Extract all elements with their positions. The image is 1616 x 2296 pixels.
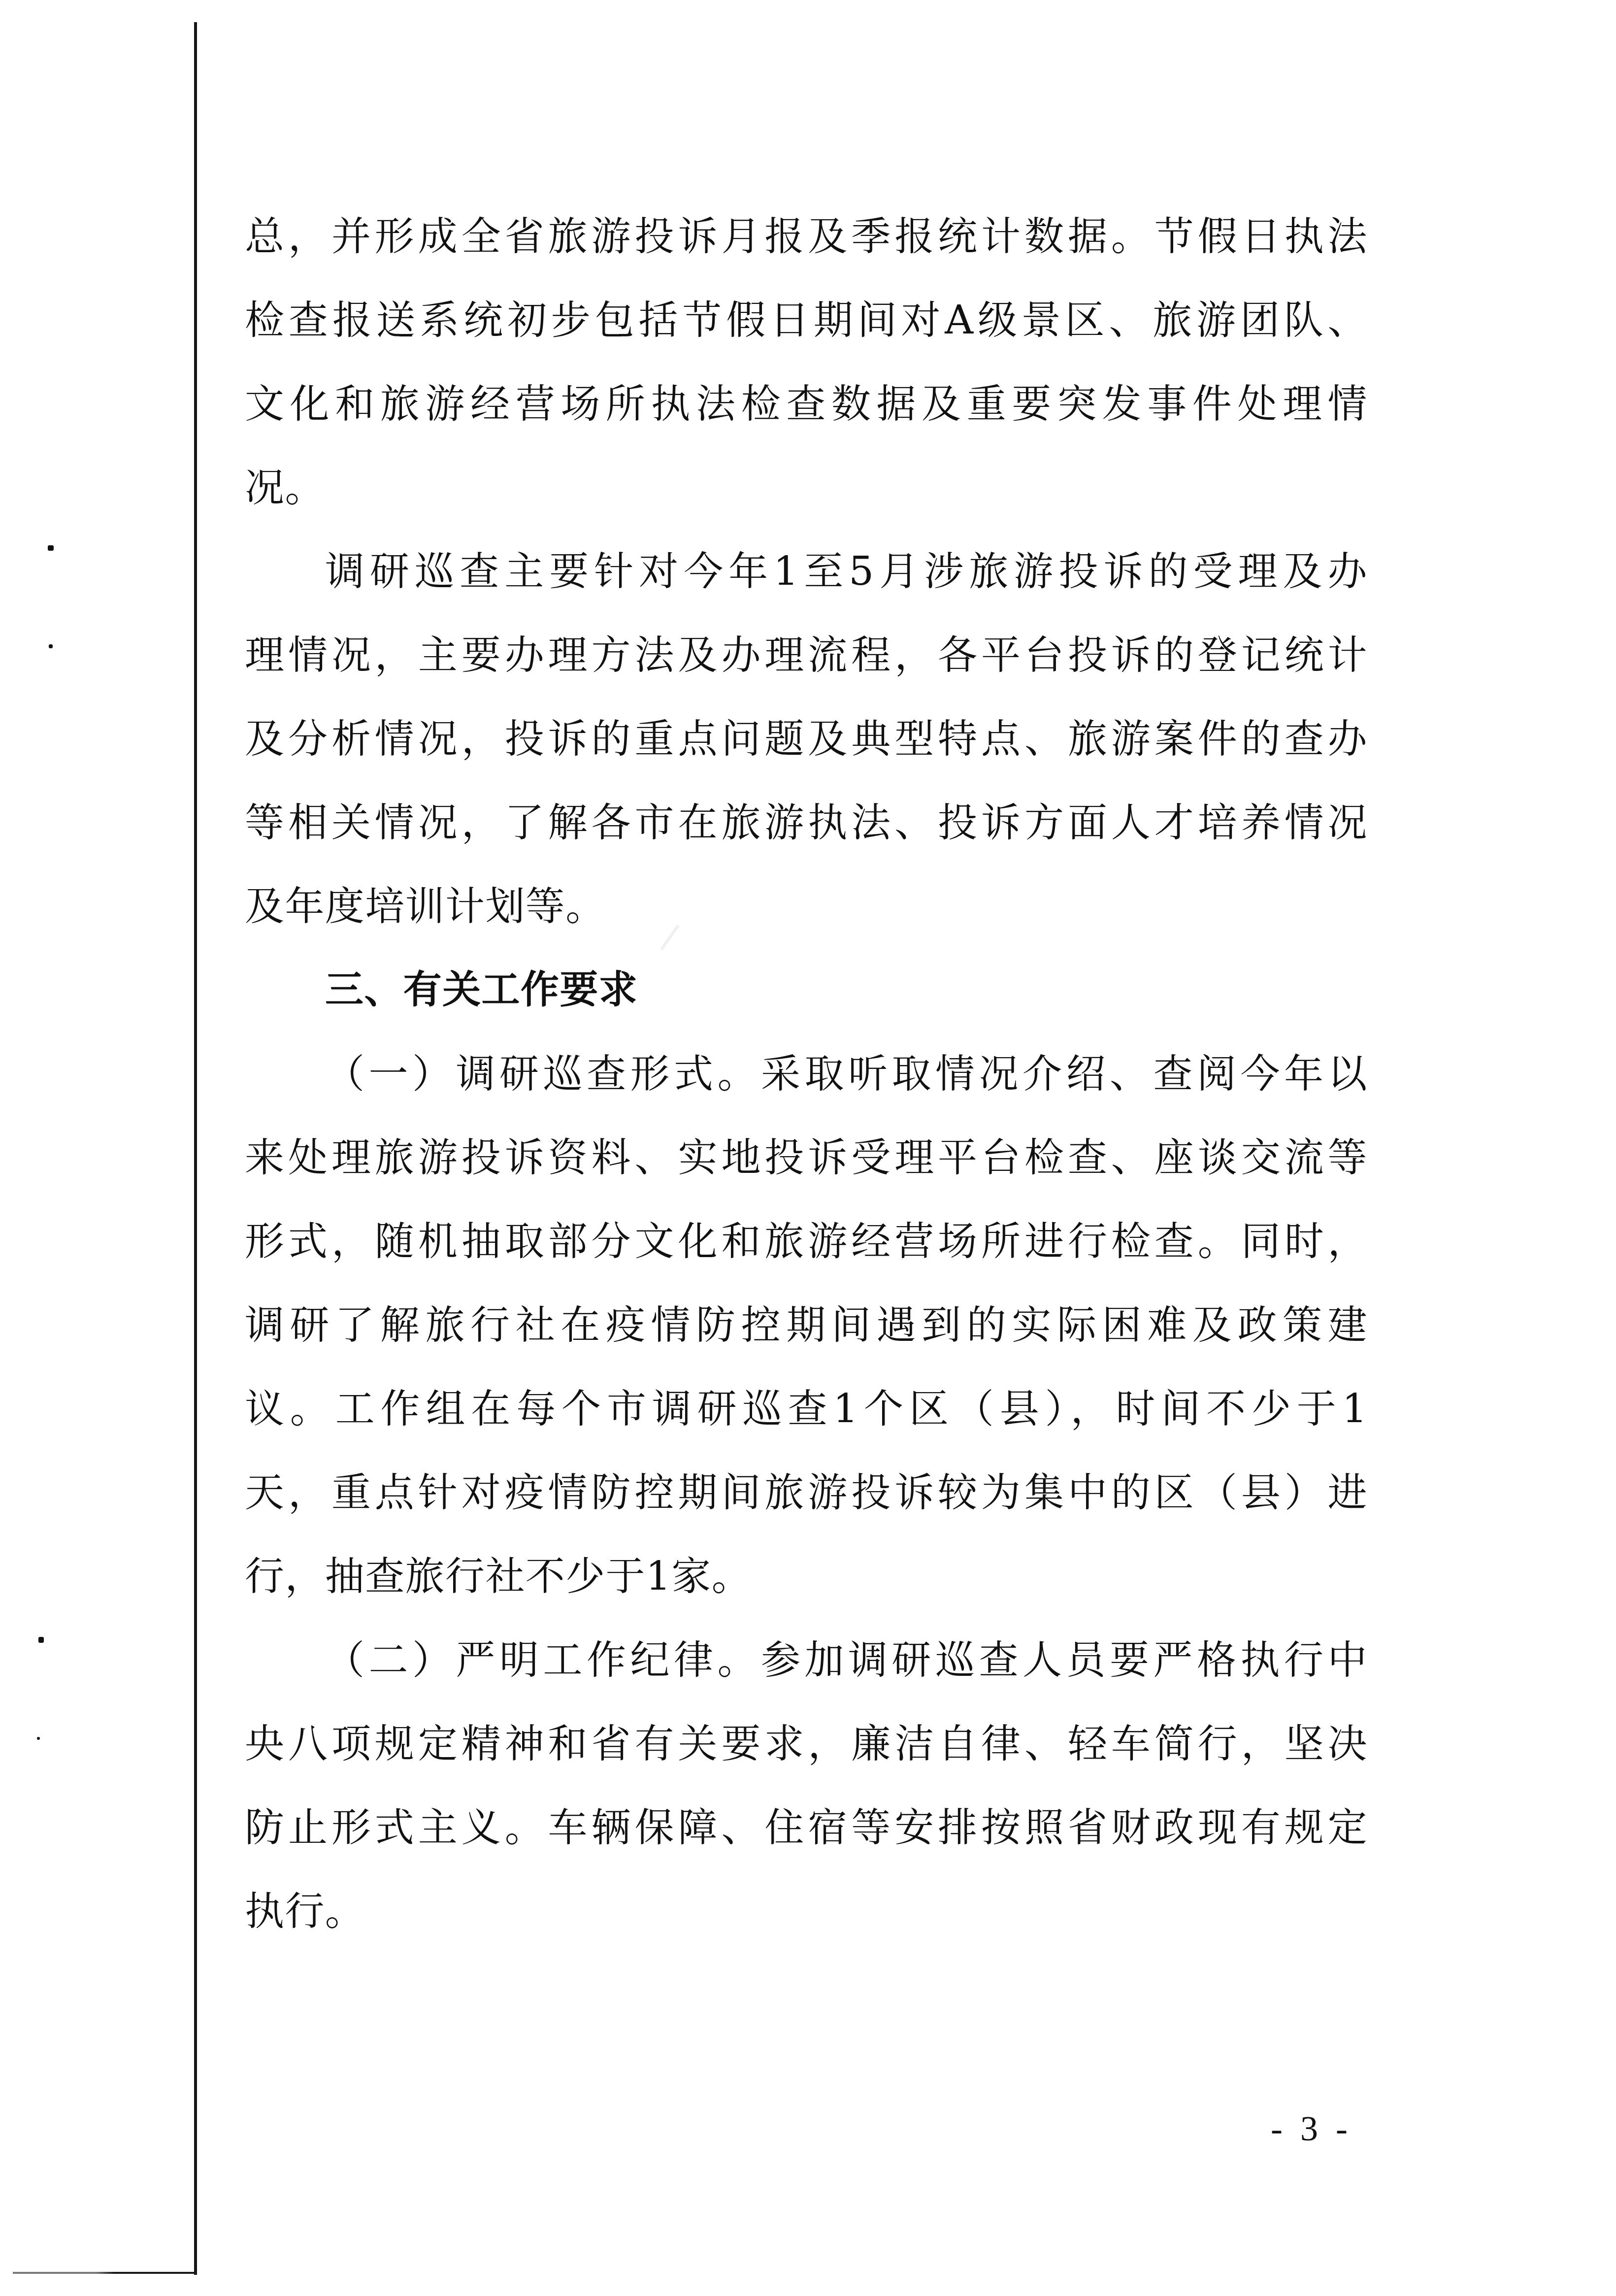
text-line: （一）调研巡查形式。采取听取情况介绍、查阅今年以	[325, 1032, 1368, 1116]
text-line: 来处理旅游投诉资料、实地投诉受理平台检查、座谈交流等	[245, 1116, 1368, 1199]
text-line: 及分析情况，投诉的重点问题及典型特点、旅游案件的查办	[245, 697, 1368, 781]
text-line: 总，并形成全省旅游投诉月报及季报统计数据。节假日执法	[245, 195, 1368, 278]
text-line: 况。	[245, 446, 325, 530]
text-line: 文化和旅游经营场所执法检查数据及重要突发事件处理情	[245, 362, 1368, 446]
binding-hole-mark	[49, 644, 53, 648]
binding-foot-line	[13, 2272, 197, 2274]
text-line: 议。工作组在每个市调研巡查1个区（县），时间不少于1	[245, 1367, 1368, 1451]
text-line: （二）严明工作纪律。参加调研巡查人员要严格执行中	[325, 1618, 1368, 1702]
text-line: 调研巡查主要针对今年1至5月涉旅游投诉的受理及办	[325, 530, 1368, 613]
text-line: 及年度培训计划等。	[245, 865, 606, 948]
text-line: 央八项规定精神和省有关要求，廉洁自律、轻车简行，坚决	[245, 1702, 1368, 1786]
section-heading: 三、有关工作要求	[325, 948, 638, 1032]
text-line: 行，抽查旅行社不少于1家。	[245, 1534, 752, 1618]
binding-hole-mark	[48, 545, 54, 551]
binding-margin-line	[194, 22, 197, 2275]
binding-hole-mark	[37, 1737, 40, 1740]
page-number: - 3 -	[1271, 2108, 1348, 2149]
text-line: 等相关情况，了解各市在旅游执法、投诉方面人才培养情况	[245, 781, 1368, 865]
text-line: 执行。	[245, 1869, 365, 1953]
text-line: 形式，随机抽取部分文化和旅游经营场所进行检查。同时，	[245, 1199, 1368, 1283]
text-line: 防止形式主义。车辆保障、住宿等安排按照省财政现有规定	[245, 1786, 1368, 1869]
text-line: 天，重点针对疫情防控期间旅游投诉较为集中的区（县）进	[245, 1451, 1368, 1534]
text-line: 检查报送系统初步包括节假日期间对A级景区、旅游团队、	[245, 278, 1368, 362]
text-line: 调研了解旅行社在疫情防控期间遇到的实际困难及政策建	[245, 1283, 1368, 1367]
scan-artifact	[660, 925, 679, 951]
text-line: 理情况，主要办理方法及办理流程，各平台投诉的登记统计	[245, 613, 1368, 697]
binding-hole-mark	[38, 1637, 44, 1643]
